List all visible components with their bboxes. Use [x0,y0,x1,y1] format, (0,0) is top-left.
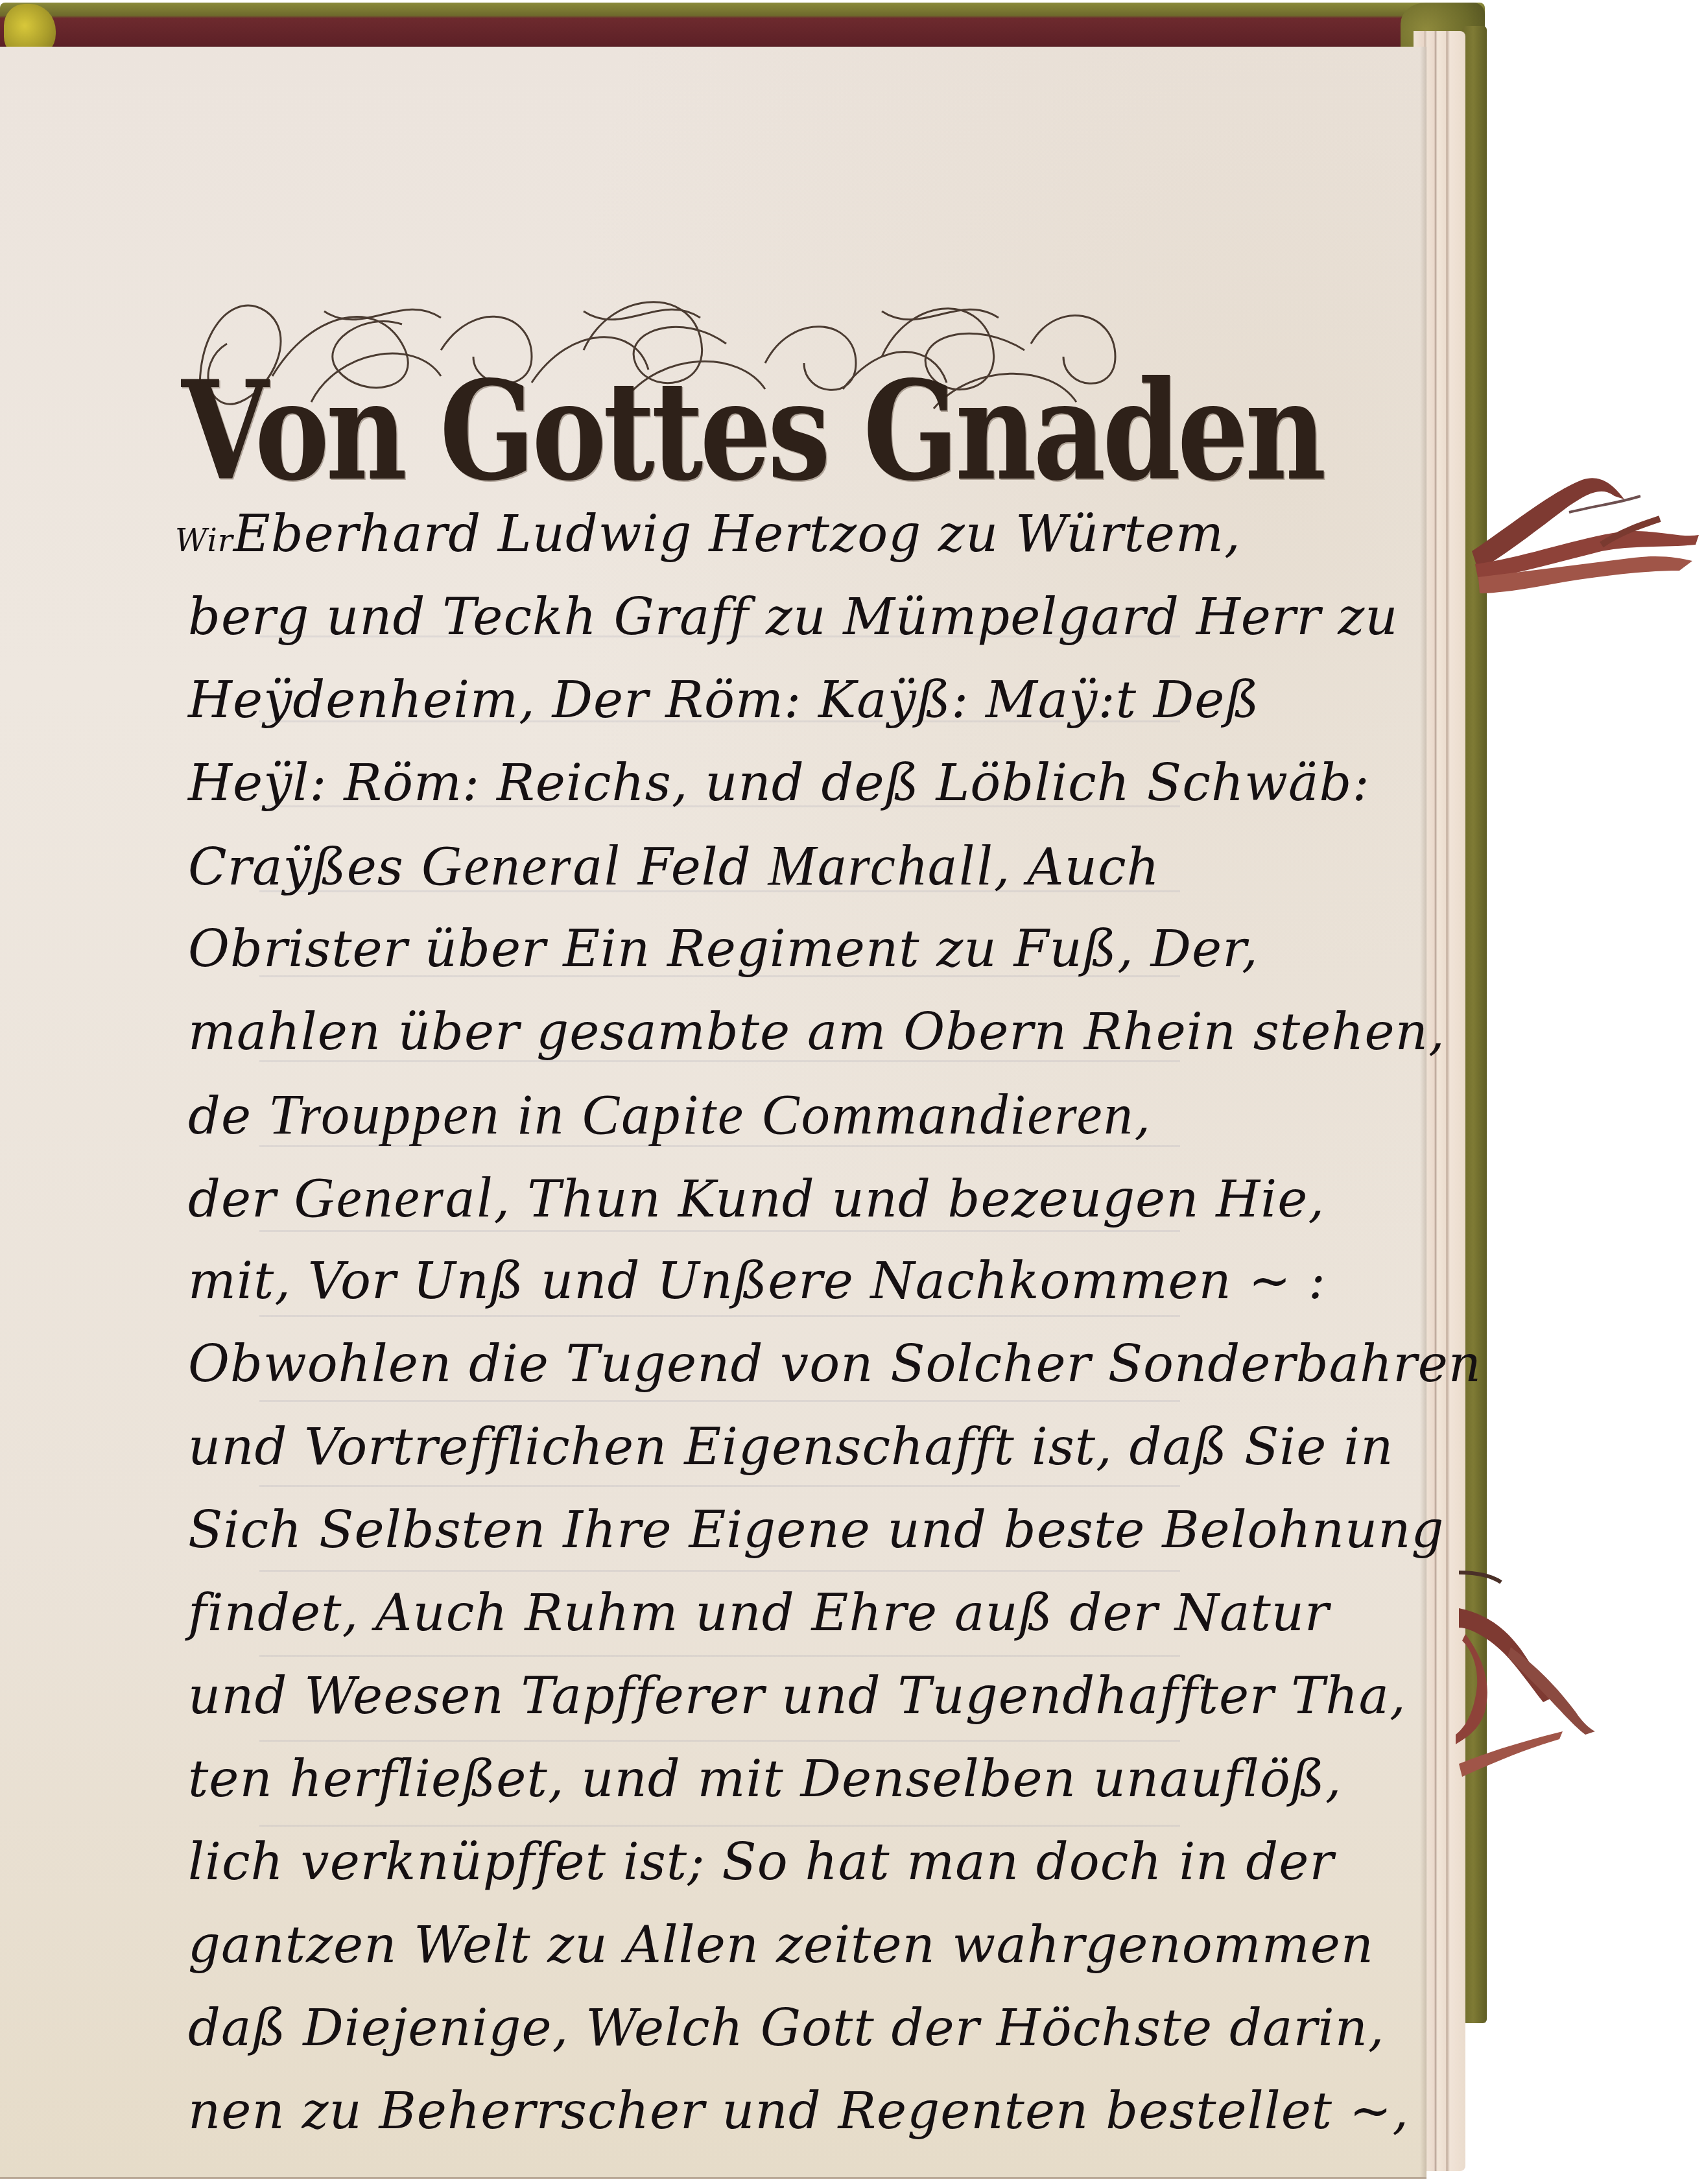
text-line: der General, Thun Kund und bezeugen Hie, [188,1157,1200,1240]
text-line: Heÿl: Röm: Reichs, und deß Löblich Schwä… [188,742,1200,825]
ribbon-icon [1472,467,1704,597]
text-line: Craÿßes General Feld Marchall, Auch [188,825,1200,908]
latin-script-word: Marchall [768,835,993,897]
text-line: und Vortrefflichen Eigenschafft ist, daß… [188,1406,1200,1489]
heading-title: Von Gottes Gnaden [182,363,1011,499]
text-line: Obrister über Ein Regiment zu Fuß, Der, [188,908,1200,991]
ribbon-icon [1452,1556,1595,1829]
body-text: WirEberhard Ludwig Hertzog zu Würtem, be… [188,493,1200,2153]
text-line: gantzen Welt zu Allen zeiten wahrgenomme… [188,1904,1200,1987]
text-line: WirEberhard Ludwig Hertzog zu Würtem, [175,493,1200,576]
text-line: daß Diejenige, Welch Gott der Höchste da… [188,1987,1200,2070]
text-line: mit, Vor Unß und Unßere Nachkommen ~ : [188,1240,1200,1323]
heading-block: Von Gottes Gnaden [169,285,1206,499]
text-line: findet, Auch Ruhm und Ehre auß der Natur [188,1572,1200,1655]
text-line: ten herfließet, und mit Denselben unaufl… [188,1738,1200,1821]
text-line: und Weesen Tapfferer und Tugendhaffter T… [188,1655,1200,1738]
latin-script-word: General [421,835,621,897]
text-line: nen zu Beherrscher und Regenten bestelle… [188,2070,1200,2153]
text-line: Sich Selbsten Ihre Eigene und beste Belo… [188,1489,1200,1572]
latin-script-word: Trouppen in Capite Commandieren [268,1084,1135,1146]
text-line: mahlen über gesambte am Obern Rhein steh… [188,991,1200,1074]
line-prefix: Wir [175,523,233,559]
manuscript-photo: Von Gottes Gnaden WirEberhard Ludwig Her… [0,0,1704,2184]
text-line: Obwohlen die Tugend von Solcher Sonderba… [188,1323,1200,1406]
text-line: Heÿdenheim, Der Röm: Kaÿß: Maÿ:t Deß [188,659,1200,742]
text-line: berg und Teckh Graff zu Mümpelgard Herr … [188,576,1200,659]
text-line: de Trouppen in Capite Commandieren, [188,1074,1200,1157]
text-line: lich verknüpffet ist; So hat man doch in… [188,1821,1200,1904]
latin-script-word: General [293,1167,493,1229]
